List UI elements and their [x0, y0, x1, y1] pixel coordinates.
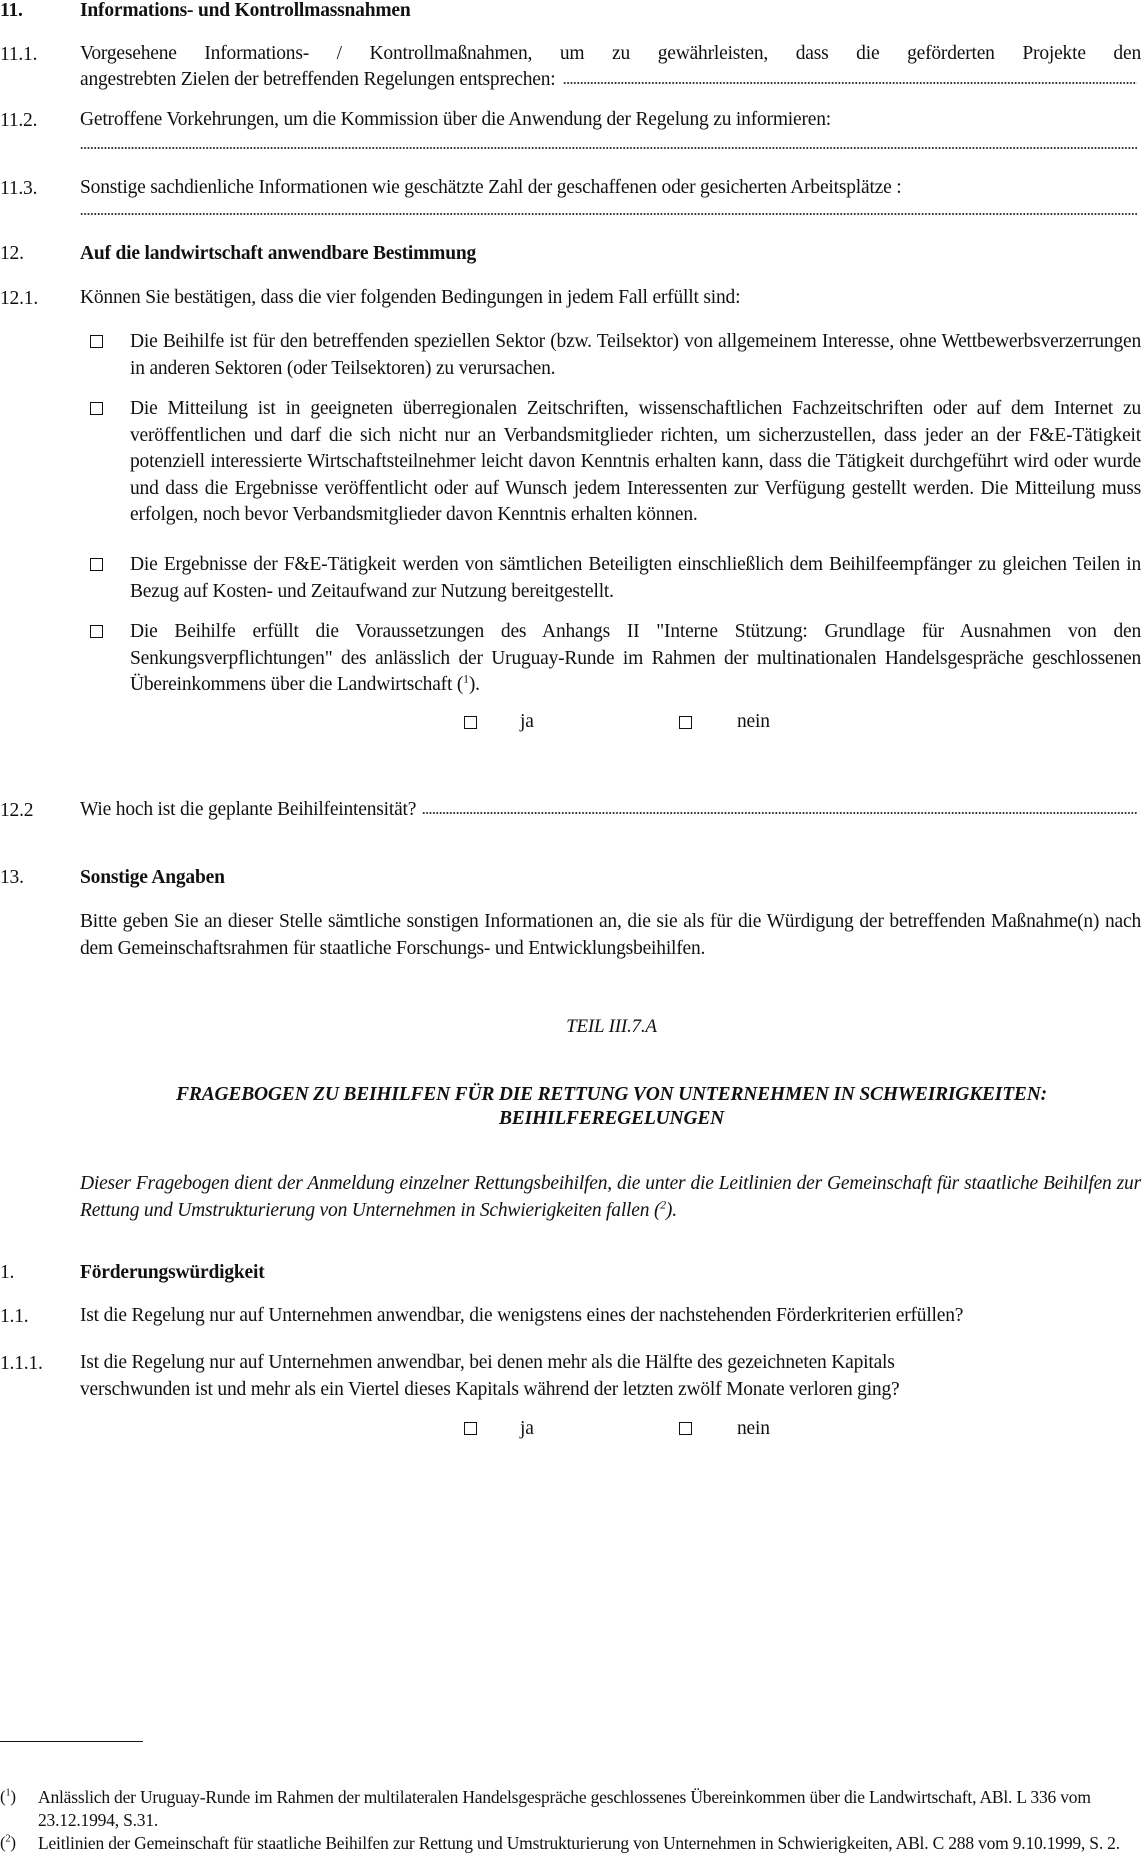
q12-1-yes-label: ja [520, 711, 534, 733]
item-1-1-text: Ist die Regelung nur auf Unternehmen anw… [80, 1303, 1141, 1330]
condition-1-checkbox[interactable] [90, 335, 103, 348]
item-11-3-text: Sonstige sachdienliche Informationen wie… [80, 175, 1141, 202]
item-12-2-text: Wie hoch ist die geplante Beihilfeintens… [80, 797, 416, 824]
item-12-2: Wie hoch ist die geplante Beihilfeintens… [80, 797, 1137, 824]
section-12-title: Auf die landwirtschaft anwendbare Bestim… [80, 243, 476, 265]
section-13-number: 13. [0, 867, 24, 889]
item-12-2-number: 12.2 [0, 800, 33, 822]
item-11-2-answer-field[interactable] [80, 146, 1137, 152]
item-1-1-number: 1.1. [0, 1306, 28, 1328]
condition-2-checkbox[interactable] [90, 402, 103, 415]
condition-2-text: Die Mitteilung ist in geeigneten überreg… [130, 396, 1141, 529]
part-title-line1: FRAGEBOGEN ZU BEIHILFEN FÜR DIE RETTUNG … [80, 1083, 1143, 1107]
section-11-number: 11. [0, 0, 23, 22]
footnote-1-text: Anlässlich der Uruguay-Runde im Rahmen d… [38, 1786, 1141, 1832]
condition-4: Die Beihilfe erfüllt die Voraussetzungen… [130, 619, 1141, 699]
item-12-2-answer-field[interactable] [422, 811, 1137, 815]
item-1-1-1-text-line2: verschwunden ist und mehr als ein Vierte… [80, 1377, 1141, 1404]
q1-1-1-no-checkbox[interactable] [679, 1422, 692, 1435]
condition-4-suffix: . [475, 674, 480, 695]
section-13-text: Bitte geben Sie an dieser Stelle sämtlic… [80, 909, 1141, 962]
item-12-1-text: Können Sie bestätigen, dass die vier fol… [80, 285, 1141, 312]
item-11-1-answer-field[interactable] [563, 81, 1137, 85]
q1-1-1-no-label: nein [737, 1418, 770, 1440]
q1-1-1-yes-checkbox[interactable] [464, 1422, 477, 1435]
item-11-3-answer-field[interactable] [80, 212, 1137, 218]
item-11-2-number: 11.2. [0, 110, 37, 132]
part-intro-suffix: . [672, 1200, 677, 1221]
footnote-ref-2[interactable]: (2) [654, 1200, 672, 1221]
part-title: FRAGEBOGEN ZU BEIHILFEN FÜR DIE RETTUNG … [80, 1083, 1143, 1131]
footnote-separator [0, 1741, 143, 1742]
item-11-1-text-line1: Vorgesehene Informations- / Kontrollmaßn… [80, 41, 1141, 68]
item-12-1-number: 12.1. [0, 288, 38, 310]
part-intro-text: Dieser Fragebogen dient der Anmeldung ei… [80, 1173, 1141, 1221]
q1-1-1-yes-label: ja [520, 1418, 534, 1440]
condition-3-text: Die Ergebnisse der F&E-Tätigkeit werden … [130, 552, 1141, 605]
part-title-line2: BEIHILFEREGELUNGEN [80, 1107, 1143, 1131]
q12-1-no-checkbox[interactable] [679, 716, 692, 729]
part-label: TEIL III.7.A [80, 1016, 1143, 1038]
footnote-2-marker: (2) [0, 1833, 16, 1853]
item-11-1-line2: angestrebten Zielen der betreffenden Reg… [80, 67, 1137, 94]
q12-1-yes-checkbox[interactable] [464, 716, 477, 729]
item-11-1-number: 11.1. [0, 44, 37, 66]
item-11-2-text: Getroffene Vorkehrungen, um die Kommissi… [80, 107, 1141, 134]
item-1-1-1-text: Ist die Regelung nur auf Unternehmen anw… [80, 1350, 1141, 1403]
condition-3-checkbox[interactable] [90, 558, 103, 571]
condition-4-text: Die Beihilfe erfüllt die Voraussetzungen… [130, 621, 1141, 695]
condition-4-checkbox[interactable] [90, 625, 103, 638]
section-1-number: 1. [0, 1262, 14, 1284]
item-1-1-1-number: 1.1.1. [0, 1353, 43, 1375]
footnote-1-marker: (1) [0, 1787, 16, 1807]
section-12-number: 12. [0, 243, 24, 265]
item-11-3-number: 11.3. [0, 178, 37, 200]
condition-1-text: Die Beihilfe ist für den betreffenden sp… [130, 329, 1141, 382]
section-1-title: Förderungswürdigkeit [80, 1262, 265, 1284]
footnote-2-text: Leitlinien der Gemeinschaft für staatlic… [38, 1832, 1141, 1855]
part-intro: Dieser Fragebogen dient der Anmeldung ei… [80, 1171, 1141, 1224]
q12-1-no-label: nein [737, 711, 770, 733]
footnote-ref-1[interactable]: (1) [457, 674, 475, 695]
section-13-title: Sonstige Angaben [80, 867, 225, 889]
item-11-1-text-line2: angestrebten Zielen der betreffenden Reg… [80, 67, 555, 94]
section-11-title: Informations- und Kontrollmassnahmen [80, 0, 411, 22]
item-1-1-1-text-line1: Ist die Regelung nur auf Unternehmen anw… [80, 1350, 1141, 1377]
